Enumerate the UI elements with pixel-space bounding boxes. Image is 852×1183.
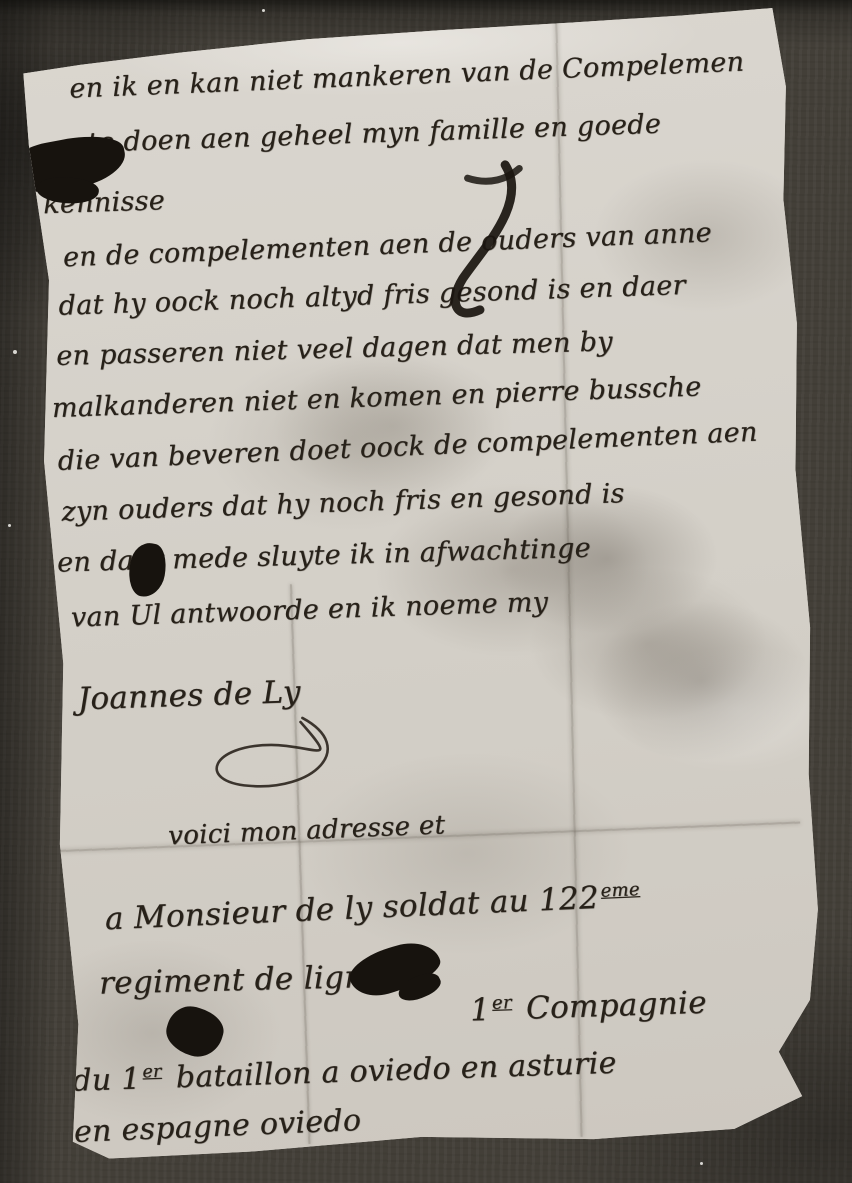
stain <box>270 347 515 505</box>
address-line: a Monsieur de ly soldat au 122eme <box>104 878 641 937</box>
handwritten-line: en ik en kan niet mankeren van de Compel… <box>69 47 745 105</box>
handwritten-line: te doen aen geheel myn famille en goede <box>87 109 662 159</box>
dust-speck <box>8 524 11 527</box>
dust-speck <box>700 1162 703 1165</box>
photo-backdrop: en ik en kan niet mankeren van de Compel… <box>0 0 852 1183</box>
address-line: du 1erbataillon a oviedo en asturie <box>72 1046 617 1099</box>
address-line-text: du 1 <box>72 1062 141 1099</box>
superscript: er <box>142 1062 162 1083</box>
address-line: en espagne oviedo <box>73 1103 362 1150</box>
address-line-text: 1 <box>470 992 491 1029</box>
superscript: eme <box>600 879 640 902</box>
kennisse-flourish <box>409 157 555 332</box>
address-line-text: a Monsieur de ly soldat au 122 <box>104 880 600 938</box>
address-line-text: bataillon a oviedo en asturie <box>175 1046 617 1096</box>
superscript: er <box>492 992 513 1014</box>
address-intro-line: voici mon adresse et <box>168 810 446 851</box>
handwritten-line: en de compelementen aen de ouders van an… <box>62 217 712 273</box>
letter-paper: en ik en kan niet mankeren van de Compel… <box>10 7 829 1160</box>
address-line: 1erCompagnie <box>470 985 708 1029</box>
handwritten-line: dat hy oock noch altyd fris gesond is en… <box>58 270 686 322</box>
signature-flourish <box>152 708 415 813</box>
address-line-text: Compagnie <box>525 985 707 1027</box>
dust-speck <box>13 350 17 354</box>
dust-speck <box>262 9 265 12</box>
ink-blot <box>161 1001 228 1063</box>
signature: Joannes de Ly <box>77 674 301 717</box>
address-line: regiment de ligne <box>99 959 384 1002</box>
